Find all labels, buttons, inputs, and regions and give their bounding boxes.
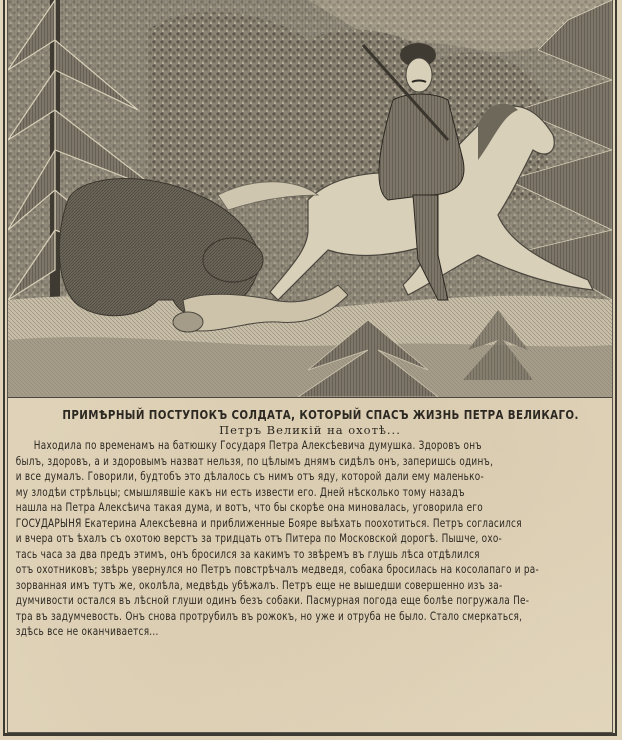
newspaper-sheet: ПРИМѢРНЫЙ ПОСТУПОКЪ СОЛДАТА, КОТОРЫЙ СПА…	[0, 0, 622, 740]
page-frame-inner	[7, 0, 613, 733]
